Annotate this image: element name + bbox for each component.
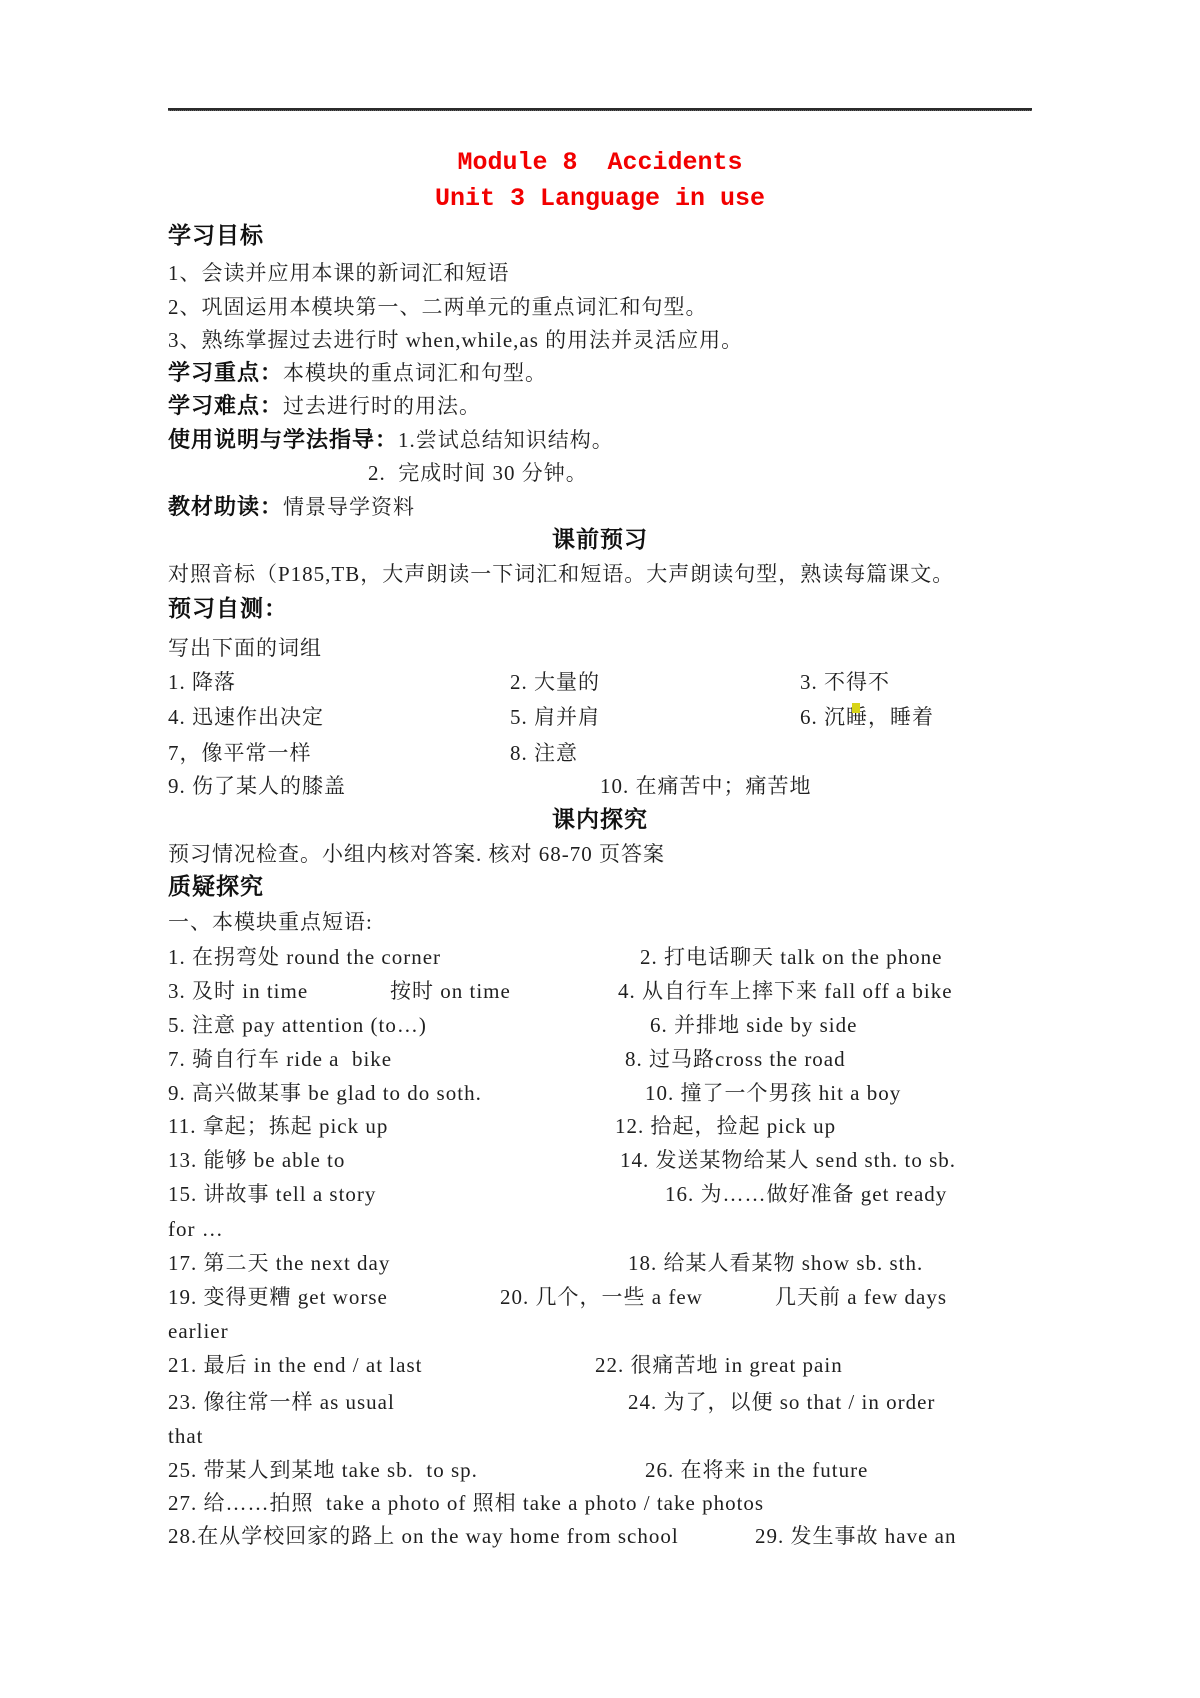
guide-line: 使用说明与学法指导：1.尝试总结知识结构。	[168, 426, 1200, 456]
aid-label: 教材助读：	[168, 494, 283, 519]
phrase-item: 4. 从自行车上摔下来 fall off a bike	[618, 977, 953, 1005]
preclass-heading: 课前预习	[0, 526, 1200, 556]
selftest-item: 1. 降落	[168, 668, 236, 696]
phrase-item: 16. 为……做好准备 get ready	[665, 1180, 947, 1208]
phrase-row: 13. 能够 be able to 14. 发送某物给某人 send sth. …	[168, 1146, 1200, 1176]
phrase-row: 23. 像往常一样 as usual 24. 为了，以便 so that / i…	[168, 1388, 1200, 1418]
document-page: Module 8 Accidents Unit 3 Language in us…	[0, 0, 1200, 1698]
selftest-item: 2. 大量的	[510, 668, 600, 696]
phrase-item: 7. 骑自行车 ride a bike	[168, 1045, 392, 1073]
phrase-row: 21. 最后 in the end / at last 22. 很痛苦地 in …	[168, 1351, 1200, 1381]
phrase-item: 11. 拿起；拣起 pick up	[168, 1112, 388, 1140]
phrase-item: 24. 为了，以便 so that / in order	[628, 1388, 935, 1416]
phrase-item: 1. 在拐弯处 round the corner	[168, 943, 441, 971]
phrase-row: 19. 变得更糟 get worse 20. 几个，一些 a few 几天前 a…	[168, 1283, 1200, 1313]
goals-heading: 学习目标	[168, 222, 1200, 252]
phrases-heading: 一、本模块重点短语:	[168, 908, 1200, 938]
phrase-item: 27. 给……拍照 take a photo of 照相 take a phot…	[168, 1489, 764, 1517]
selftest-row: 4. 迅速作出决定 5. 肩并肩 6. 沉睡，睡着	[168, 703, 1200, 733]
selftest-item: 9. 伤了某人的膝盖	[168, 772, 346, 800]
selftest-item: 4. 迅速作出决定	[168, 703, 324, 731]
phrase-row: 25. 带某人到某地 take sb. to sp. 26. 在将来 in th…	[168, 1456, 1200, 1486]
phrase-item: 29. 发生事故 have an	[755, 1522, 956, 1550]
selftest-item: 3. 不得不	[800, 668, 890, 696]
difficulty-text: 过去进行时的用法。	[283, 394, 481, 418]
guide-label: 使用说明与学法指导：	[168, 427, 398, 452]
difficulty-line: 学习难点：过去进行时的用法。	[168, 392, 1200, 422]
selftest-item: 10. 在痛苦中；痛苦地	[600, 772, 812, 800]
phrase-item: 6. 并排地 side by side	[650, 1011, 857, 1039]
guide-text: 1.尝试总结知识结构。	[398, 428, 614, 452]
inclass-heading: 课内探究	[0, 806, 1200, 836]
key-point-text: 本模块的重点词汇和句型。	[283, 361, 547, 385]
selftest-intro: 写出下面的词组	[168, 634, 1200, 664]
phrase-item: 2. 打电话聊天 talk on the phone	[640, 943, 942, 971]
phrase-item: 23. 像往常一样 as usual	[168, 1388, 395, 1416]
phrase-item: 18. 给某人看某物 show sb. sth.	[628, 1249, 923, 1277]
selftest-item: 5. 肩并肩	[510, 703, 600, 731]
phrase-row: 9. 高兴做某事 be glad to do soth. 10. 撞了一个男孩 …	[168, 1079, 1200, 1109]
phrase-item: for …	[168, 1215, 224, 1243]
selftest-row: 9. 伤了某人的膝盖 10. 在痛苦中；痛苦地	[168, 772, 1200, 802]
phrase-row: earlier	[168, 1317, 1200, 1347]
aid-text: 情景导学资料	[283, 495, 415, 519]
doc-title-line1: Module 8 Accidents	[0, 148, 1200, 178]
phrase-row: for …	[168, 1215, 1200, 1245]
phrase-item: 3. 及时 in time	[168, 977, 308, 1005]
phrase-item: 19. 变得更糟 get worse	[168, 1283, 388, 1311]
top-rule-divider	[168, 108, 1032, 111]
guide-text2: 2. 完成时间 30 分钟。	[368, 459, 588, 487]
phrase-item: that	[168, 1422, 204, 1450]
phrase-item: 15. 讲故事 tell a story	[168, 1180, 376, 1208]
selftest-item: 6. 沉睡，睡着	[800, 703, 934, 731]
phrase-item: 9. 高兴做某事 be glad to do soth.	[168, 1079, 482, 1107]
phrase-row: 7. 骑自行车 ride a bike 8. 过马路cross the road	[168, 1045, 1200, 1075]
selftest-item: 7，像平常一样	[168, 739, 312, 767]
phrase-item: 20. 几个，一些 a few	[500, 1283, 703, 1311]
phrase-row: 15. 讲故事 tell a story 16. 为……做好准备 get rea…	[168, 1180, 1200, 1210]
phrase-item: 5. 注意 pay attention (to…)	[168, 1011, 427, 1039]
inquiry-heading: 质疑探究	[168, 873, 1200, 903]
phrase-row: 17. 第二天 the next day 18. 给某人看某物 show sb.…	[168, 1249, 1200, 1279]
preclass-intro: 对照音标（P185,TB，大声朗读一下词汇和短语。大声朗读句型，熟读每篇课文。	[168, 560, 1200, 590]
phrase-row: that	[168, 1422, 1200, 1452]
phrase-item: 几天前 a few days	[775, 1283, 947, 1311]
highlight-artifact	[852, 703, 860, 713]
goal-item: 3、熟练掌握过去进行时 when,while,as 的用法并灵活应用。	[168, 326, 1200, 356]
phrase-item: 17. 第二天 the next day	[168, 1249, 390, 1277]
selftest-row: 7，像平常一样 8. 注意	[168, 739, 1200, 769]
phrase-row: 11. 拿起；拣起 pick up 12. 拾起，捡起 pick up	[168, 1112, 1200, 1142]
phrase-item: 12. 拾起，捡起 pick up	[615, 1112, 836, 1140]
selftest-item: 8. 注意	[510, 739, 578, 767]
phrase-item: 8. 过马路cross the road	[625, 1045, 846, 1073]
guide-line2: 2. 完成时间 30 分钟。	[168, 459, 1200, 489]
phrase-item: 28.在从学校回家的路上 on the way home from school	[168, 1522, 679, 1550]
goal-item: 1、会读并应用本课的新词汇和短语	[168, 259, 1200, 289]
check-line: 预习情况检查。小组内核对答案. 核对 68-70 页答案	[168, 840, 1200, 870]
phrase-row: 28.在从学校回家的路上 on the way home from school…	[168, 1522, 1200, 1552]
phrase-row: 27. 给……拍照 take a photo of 照相 take a phot…	[168, 1489, 1200, 1519]
phrase-item: earlier	[168, 1317, 229, 1345]
phrase-item: 25. 带某人到某地 take sb. to sp.	[168, 1456, 478, 1484]
phrase-row: 3. 及时 in time 按时 on time 4. 从自行车上摔下来 fal…	[168, 977, 1200, 1007]
key-point-line: 学习重点：本模块的重点词汇和句型。	[168, 359, 1200, 389]
goal-item: 2、巩固运用本模块第一、二两单元的重点词汇和句型。	[168, 293, 1200, 323]
phrase-row: 5. 注意 pay attention (to…) 6. 并排地 side by…	[168, 1011, 1200, 1041]
phrase-item: 21. 最后 in the end / at last	[168, 1351, 422, 1379]
difficulty-label: 学习难点：	[168, 393, 283, 418]
phrase-item: 26. 在将来 in the future	[645, 1456, 868, 1484]
doc-title-line2: Unit 3 Language in use	[0, 184, 1200, 214]
phrase-item: 14. 发送某物给某人 send sth. to sb.	[620, 1146, 956, 1174]
phrase-item: 按时 on time	[390, 977, 511, 1005]
selftest-row: 1. 降落 2. 大量的 3. 不得不	[168, 668, 1200, 698]
phrase-item: 10. 撞了一个男孩 hit a boy	[645, 1079, 901, 1107]
aid-line: 教材助读：情景导学资料	[168, 493, 1200, 523]
phrase-row: 1. 在拐弯处 round the corner 2. 打电话聊天 talk o…	[168, 943, 1200, 973]
phrase-item: 13. 能够 be able to	[168, 1146, 345, 1174]
selftest-heading: 预习自测：	[168, 595, 1200, 625]
phrase-item: 22. 很痛苦地 in great pain	[595, 1351, 843, 1379]
key-point-label: 学习重点：	[168, 360, 283, 385]
